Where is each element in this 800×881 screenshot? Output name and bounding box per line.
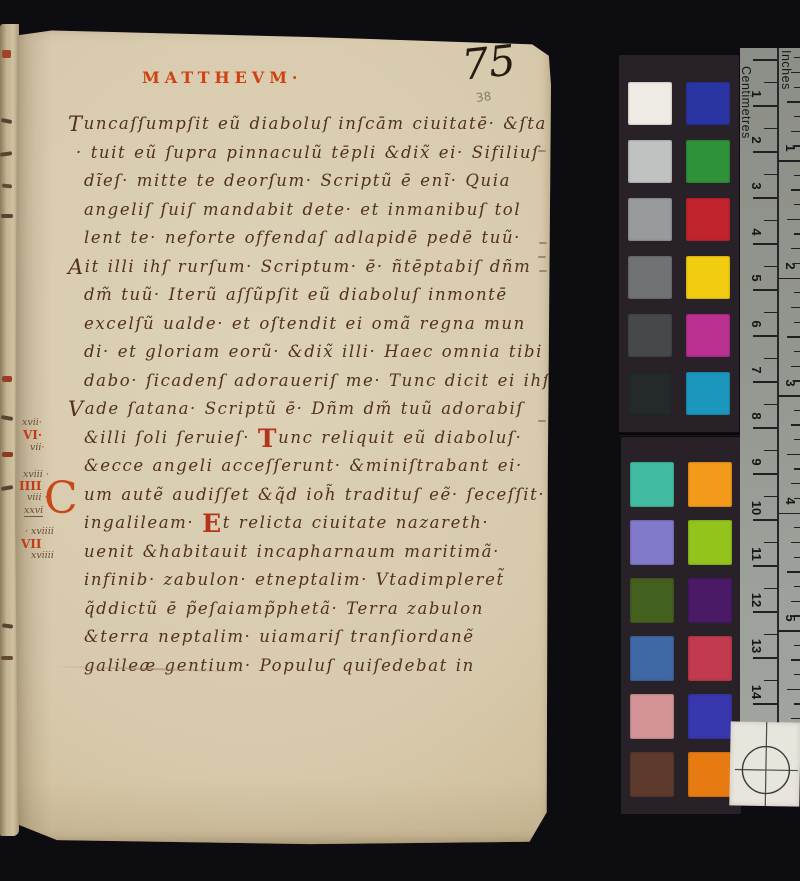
ruler-cm-number: 12 xyxy=(746,590,766,610)
manuscript-text-line: excelſũ ualde· et oſtendit ei omã regna … xyxy=(68,310,546,339)
ruler-tick xyxy=(753,473,777,475)
ruler-tick xyxy=(764,542,777,543)
ruler-tick xyxy=(753,427,777,429)
edge-text-fragment xyxy=(2,50,11,58)
edge-text-fragment xyxy=(2,376,12,382)
ruler-tick xyxy=(764,496,777,497)
stitch-mark xyxy=(538,256,546,258)
ruler-inch-number: 1 xyxy=(780,138,800,158)
edge-text-fragment xyxy=(1,656,13,660)
swatch-row xyxy=(628,314,739,357)
color-swatch xyxy=(628,314,672,357)
ruler-tick xyxy=(791,307,800,308)
ruler-tick xyxy=(794,674,800,675)
text-segment: uenit &habitauit incapharnaum maritimã· xyxy=(84,542,500,561)
margin-canon-numeral: VI· xyxy=(23,428,42,442)
ruler-cm-number: 10 xyxy=(746,498,766,518)
rubric-initial: E xyxy=(202,509,223,538)
color-swatch xyxy=(688,520,732,565)
ruler-divider xyxy=(777,48,779,727)
ruler-inches-label: Inches xyxy=(779,50,793,90)
ruler-cm-number: 7 xyxy=(746,360,766,380)
swatch-row xyxy=(628,82,739,125)
ruler-tick xyxy=(753,703,777,705)
ruler-tick xyxy=(787,101,800,102)
ruler-tick xyxy=(787,336,800,337)
crosshair-icon xyxy=(729,721,800,806)
text-segment: di· et gloriam eorũ· &dix̃ illi· Haec om… xyxy=(84,342,543,361)
swatch-row xyxy=(628,256,739,299)
ruler-cm-number: 11 xyxy=(746,544,766,564)
margin-canon-numeral: VII xyxy=(21,537,42,551)
ruler-tick xyxy=(791,424,800,425)
ruler-tick xyxy=(794,645,800,646)
color-swatch xyxy=(688,462,732,507)
manuscript-text-line: Ait illi ihſ rurſum· Scriptum· ē· ñtēpta… xyxy=(68,253,546,282)
ruler-tick xyxy=(794,468,800,469)
color-swatch xyxy=(628,198,672,241)
swatch-row xyxy=(630,578,741,623)
pencil-foliation: 38 xyxy=(475,89,492,105)
manuscript-photo-scene: MATTHEVM· 75 38 Tuncaſſumpſit eũ diabolu… xyxy=(0,0,800,881)
rubric-initial: T xyxy=(258,424,278,453)
ruler-tick xyxy=(753,335,777,337)
text-segment: galileæ gentium· Populuſ quiſedebat in xyxy=(84,656,475,675)
ruler: Centimetres Inches 123456789101112131412… xyxy=(740,48,800,727)
color-swatch xyxy=(688,694,732,739)
manuscript-page: MATTHEVM· 75 38 Tuncaſſumpſit eũ diabolu… xyxy=(14,28,551,845)
color-swatch xyxy=(630,520,674,565)
ruler-tick xyxy=(794,57,800,58)
ruler-tick xyxy=(764,174,777,175)
swatch-row xyxy=(628,198,739,241)
color-swatch xyxy=(628,372,672,415)
color-swatch xyxy=(686,372,730,415)
text-segment: · tuit eũ ſupra pinnaculũ tēpli &dix̃ ei… xyxy=(76,143,540,162)
manuscript-text-line: dm̃ tuũ· Iterũ aſſũpſit eũ diaboluſ inmo… xyxy=(68,281,546,310)
color-swatch xyxy=(630,752,674,797)
text-segment: unc reliquit eũ diaboluſ· xyxy=(278,428,522,447)
ruler-tick xyxy=(791,542,800,543)
color-swatch xyxy=(628,82,672,125)
text-segment: uncaſſumpſit eũ diaboluſ inſcām ciuitatē… xyxy=(84,114,547,133)
swatch-row xyxy=(628,140,739,183)
color-swatch xyxy=(686,314,730,357)
manuscript-text-line: &illi ſoli ſeruieſ· Tunc reliquit eũ dia… xyxy=(68,424,546,453)
edge-text-fragment xyxy=(2,183,12,188)
ruler-cm-number: 9 xyxy=(746,452,766,472)
color-swatch xyxy=(630,694,674,739)
manuscript-text-line: · tuit eũ ſupra pinnaculũ tēpli &dix̃ ei… xyxy=(68,139,546,168)
text-segment: lent te· neforte offendaſ adlapidē pedē … xyxy=(84,228,521,247)
text-segment: angeliſ ſuiſ mandabit dete· et inmanibuſ… xyxy=(84,200,521,219)
ruler-cm-number: 1 xyxy=(746,84,766,104)
margin-canon-numeral: xvii· xyxy=(22,417,42,428)
ruler-tick xyxy=(794,116,800,117)
ruler-tick xyxy=(764,220,777,221)
ruler-inch-number: 5 xyxy=(780,608,800,628)
ruler-cm-number: 5 xyxy=(746,268,766,288)
ruler-tick xyxy=(778,278,800,280)
ruler-tick xyxy=(791,72,800,73)
edge-text-fragment xyxy=(0,151,12,157)
ruler-tick xyxy=(787,454,800,455)
manuscript-text-line: ingalileam· Et relicta ciuitate nazareth… xyxy=(68,509,546,538)
text-segment: dĩeſ· mitte te deorſum· Scriptũ ē enĩ· Q… xyxy=(84,171,511,190)
color-calibration-card-bottom xyxy=(621,437,741,814)
ruler-tick xyxy=(794,204,800,205)
edge-text-fragment xyxy=(1,415,14,421)
running-title: MATTHEVM· xyxy=(142,68,303,87)
ruler-tick xyxy=(778,160,800,162)
ruler-tick xyxy=(753,657,777,659)
ruler-tick xyxy=(778,630,800,632)
ruler-cm-number: 6 xyxy=(746,314,766,334)
margin-canon-numeral: vii· xyxy=(30,442,44,453)
text-segment: ingalileam· xyxy=(84,513,202,532)
manuscript-text-line: Vade ſatana· Scriptũ ē· Dñm dm̃ tuũ ador… xyxy=(68,395,546,424)
ruler-tick xyxy=(794,527,800,528)
color-swatch xyxy=(628,140,672,183)
manuscript-text-line: q̃ddictũ ē p̃eſaiamp̃phetã· Terra zabulo… xyxy=(68,595,546,624)
ruler-cm-number: 3 xyxy=(746,176,766,196)
text-segment: t relicta ciuitate nazareth· xyxy=(223,513,490,532)
manuscript-text-line: galileæ gentium· Populuſ quiſedebat in xyxy=(68,652,546,681)
ruler-tick xyxy=(753,381,777,383)
manuscript-text-line: Tuncaſſumpſit eũ diaboluſ inſcām ciuitat… xyxy=(68,110,546,139)
ruler-tick xyxy=(791,659,800,660)
ruler-tick xyxy=(753,519,777,521)
text-segment: T xyxy=(68,112,84,136)
ruler-tick xyxy=(787,219,800,220)
color-swatch xyxy=(630,636,674,681)
ruler-cm-number: 14 xyxy=(746,682,766,702)
manuscript-text-line: uenit &habitauit incapharnaum maritimã· xyxy=(68,538,546,567)
margin-canon-numeral: viii · xyxy=(27,492,48,503)
ruler-tick xyxy=(753,105,777,107)
ruler-tick xyxy=(764,588,777,589)
ruler-tick xyxy=(794,292,800,293)
swatch-row xyxy=(630,636,741,681)
margin-canon-numeral: xviiii xyxy=(31,550,54,561)
text-segment: q̃ddictũ ē p̃eſaiamp̃phetã· Terra zabulo… xyxy=(84,599,484,618)
ruler-tick xyxy=(794,175,800,176)
stitch-mark xyxy=(539,242,547,244)
ruler-tick xyxy=(764,266,777,267)
color-swatch xyxy=(686,82,730,125)
ruler-tick xyxy=(794,87,800,88)
color-swatch xyxy=(686,140,730,183)
ruler-tick xyxy=(753,59,777,61)
ruler-tick xyxy=(791,366,800,367)
ruler-tick xyxy=(753,197,777,199)
edge-text-fragment xyxy=(2,452,13,457)
manuscript-text-line: dĩeſ· mitte te deorſum· Scriptũ ē enĩ· Q… xyxy=(68,167,546,196)
ruler-tick xyxy=(753,289,777,291)
manuscript-text-block: Tuncaſſumpſit eũ diaboluſ inſcām ciuitat… xyxy=(68,110,546,680)
ruler-cm-number: 4 xyxy=(746,222,766,242)
text-segment: it illi ihſ rurſum· Scriptum· ē· ñtēptab… xyxy=(85,257,532,276)
swatch-row xyxy=(630,694,741,739)
color-swatch xyxy=(688,752,732,797)
ruler-tick xyxy=(794,322,800,323)
ruler-tick xyxy=(753,611,777,613)
ruler-tick xyxy=(794,439,800,440)
margin-canon-numeral: xxvi xyxy=(24,505,43,517)
color-swatch xyxy=(686,198,730,241)
manuscript-text-line: &ecce angeli acceſſerunt· &miniſtrabant … xyxy=(68,452,546,481)
ruler-tick xyxy=(791,189,800,190)
edge-text-fragment xyxy=(1,485,14,491)
ruler-tick xyxy=(791,601,800,602)
margin-canon-numeral: · xviiii xyxy=(25,526,54,537)
ruler-tick xyxy=(794,703,800,704)
ruler-tick xyxy=(791,718,800,719)
color-swatch xyxy=(628,256,672,299)
ruler-tick xyxy=(753,243,777,245)
ruler-tick xyxy=(778,513,800,515)
ruler-tick xyxy=(764,404,777,405)
text-segment: dabo· ſicadenſ adoraueriſ me· Tunc dicit… xyxy=(84,371,557,390)
ruler-tick xyxy=(794,351,800,352)
text-segment: &ecce angeli acceſſerunt· &miniſtrabant … xyxy=(84,456,523,475)
ruler-tick xyxy=(791,131,800,132)
swatch-row xyxy=(628,372,739,415)
text-segment: &illi ſoli ſeruieſ· xyxy=(84,428,258,447)
ruler-tick xyxy=(764,82,777,83)
color-calibration-card-top xyxy=(619,55,739,433)
stitch-mark xyxy=(538,150,546,152)
ruler-tick xyxy=(764,312,777,313)
ruler-tick xyxy=(794,557,800,558)
registration-target-card xyxy=(729,721,800,806)
manuscript-text-line: angeliſ ſuiſ mandabit dete· et inmanibuſ… xyxy=(68,196,546,225)
swatch-row xyxy=(630,462,741,507)
ruler-tick xyxy=(764,450,777,451)
folio-number: 75 xyxy=(460,35,518,89)
ruler-tick xyxy=(764,358,777,359)
manuscript-text-line: &terra neptalim· uiamariſ tranſiordanẽ xyxy=(68,623,546,652)
margin-canon-numeral: IIII xyxy=(19,479,41,493)
ruler-tick xyxy=(753,151,777,153)
ruler-tick xyxy=(764,680,777,681)
color-swatch xyxy=(630,578,674,623)
ruler-tick xyxy=(794,233,800,234)
color-swatch xyxy=(688,578,732,623)
ruler-tick xyxy=(791,248,800,249)
manuscript-text-line: dabo· ſicadenſ adoraueriſ me· Tunc dicit… xyxy=(68,367,546,396)
ruler-tick xyxy=(791,483,800,484)
text-segment: ade ſatana· Scriptũ ē· Dñm dm̃ tuũ adora… xyxy=(85,399,524,418)
ruler-inch-number: 4 xyxy=(780,491,800,511)
swatch-row xyxy=(630,520,741,565)
text-segment: infinib· zabulon· etneptalim· Vtadimpler… xyxy=(84,570,505,589)
text-segment: dm̃ tuũ· Iterũ aſſũpſit eũ diaboluſ inmo… xyxy=(84,285,508,304)
ruler-cm-number: 2 xyxy=(746,130,766,150)
text-segment: V xyxy=(68,397,85,421)
ruler-tick xyxy=(787,571,800,572)
edge-text-fragment xyxy=(1,118,13,124)
edge-text-fragment xyxy=(2,623,13,628)
text-segment: um autẽ audiſſet &q̃d ioh̃ tradituſ eẽ· … xyxy=(84,485,545,504)
text-segment: A xyxy=(68,255,85,279)
manuscript-text-line: lent te· neforte offendaſ adlapidē pedē … xyxy=(68,224,546,253)
color-swatch xyxy=(686,256,730,299)
ruler-inch-number: 3 xyxy=(780,373,800,393)
manuscript-text-line: di· et gloriam eorũ· &dix̃ illi· Haec om… xyxy=(68,338,546,367)
swatch-row xyxy=(630,752,741,797)
edge-text-fragment xyxy=(1,214,13,218)
ruler-tick xyxy=(764,128,777,129)
ruler-tick xyxy=(787,689,800,690)
ruler-inch-number: 2 xyxy=(780,256,800,276)
color-swatch xyxy=(688,636,732,681)
ruler-tick xyxy=(778,395,800,397)
ruler-tick xyxy=(764,634,777,635)
manuscript-text-line: Cum autẽ audiſſet &q̃d ioh̃ tradituſ eẽ·… xyxy=(68,481,546,510)
ruler-cm-number: 8 xyxy=(746,406,766,426)
color-swatch xyxy=(630,462,674,507)
ruler-cm-number: 13 xyxy=(746,636,766,656)
ruler-tick xyxy=(794,586,800,587)
ruler-tick xyxy=(753,565,777,567)
text-segment: excelſũ ualde· et oſtendit ei omã regna … xyxy=(84,314,526,333)
manuscript-text-line: infinib· zabulon· etneptalim· Vtadimpler… xyxy=(68,566,546,595)
ruler-tick xyxy=(794,410,800,411)
text-segment: &terra neptalim· uiamariſ tranſiordanẽ xyxy=(84,627,475,646)
stitch-mark xyxy=(538,420,546,422)
stitch-mark xyxy=(539,270,547,272)
